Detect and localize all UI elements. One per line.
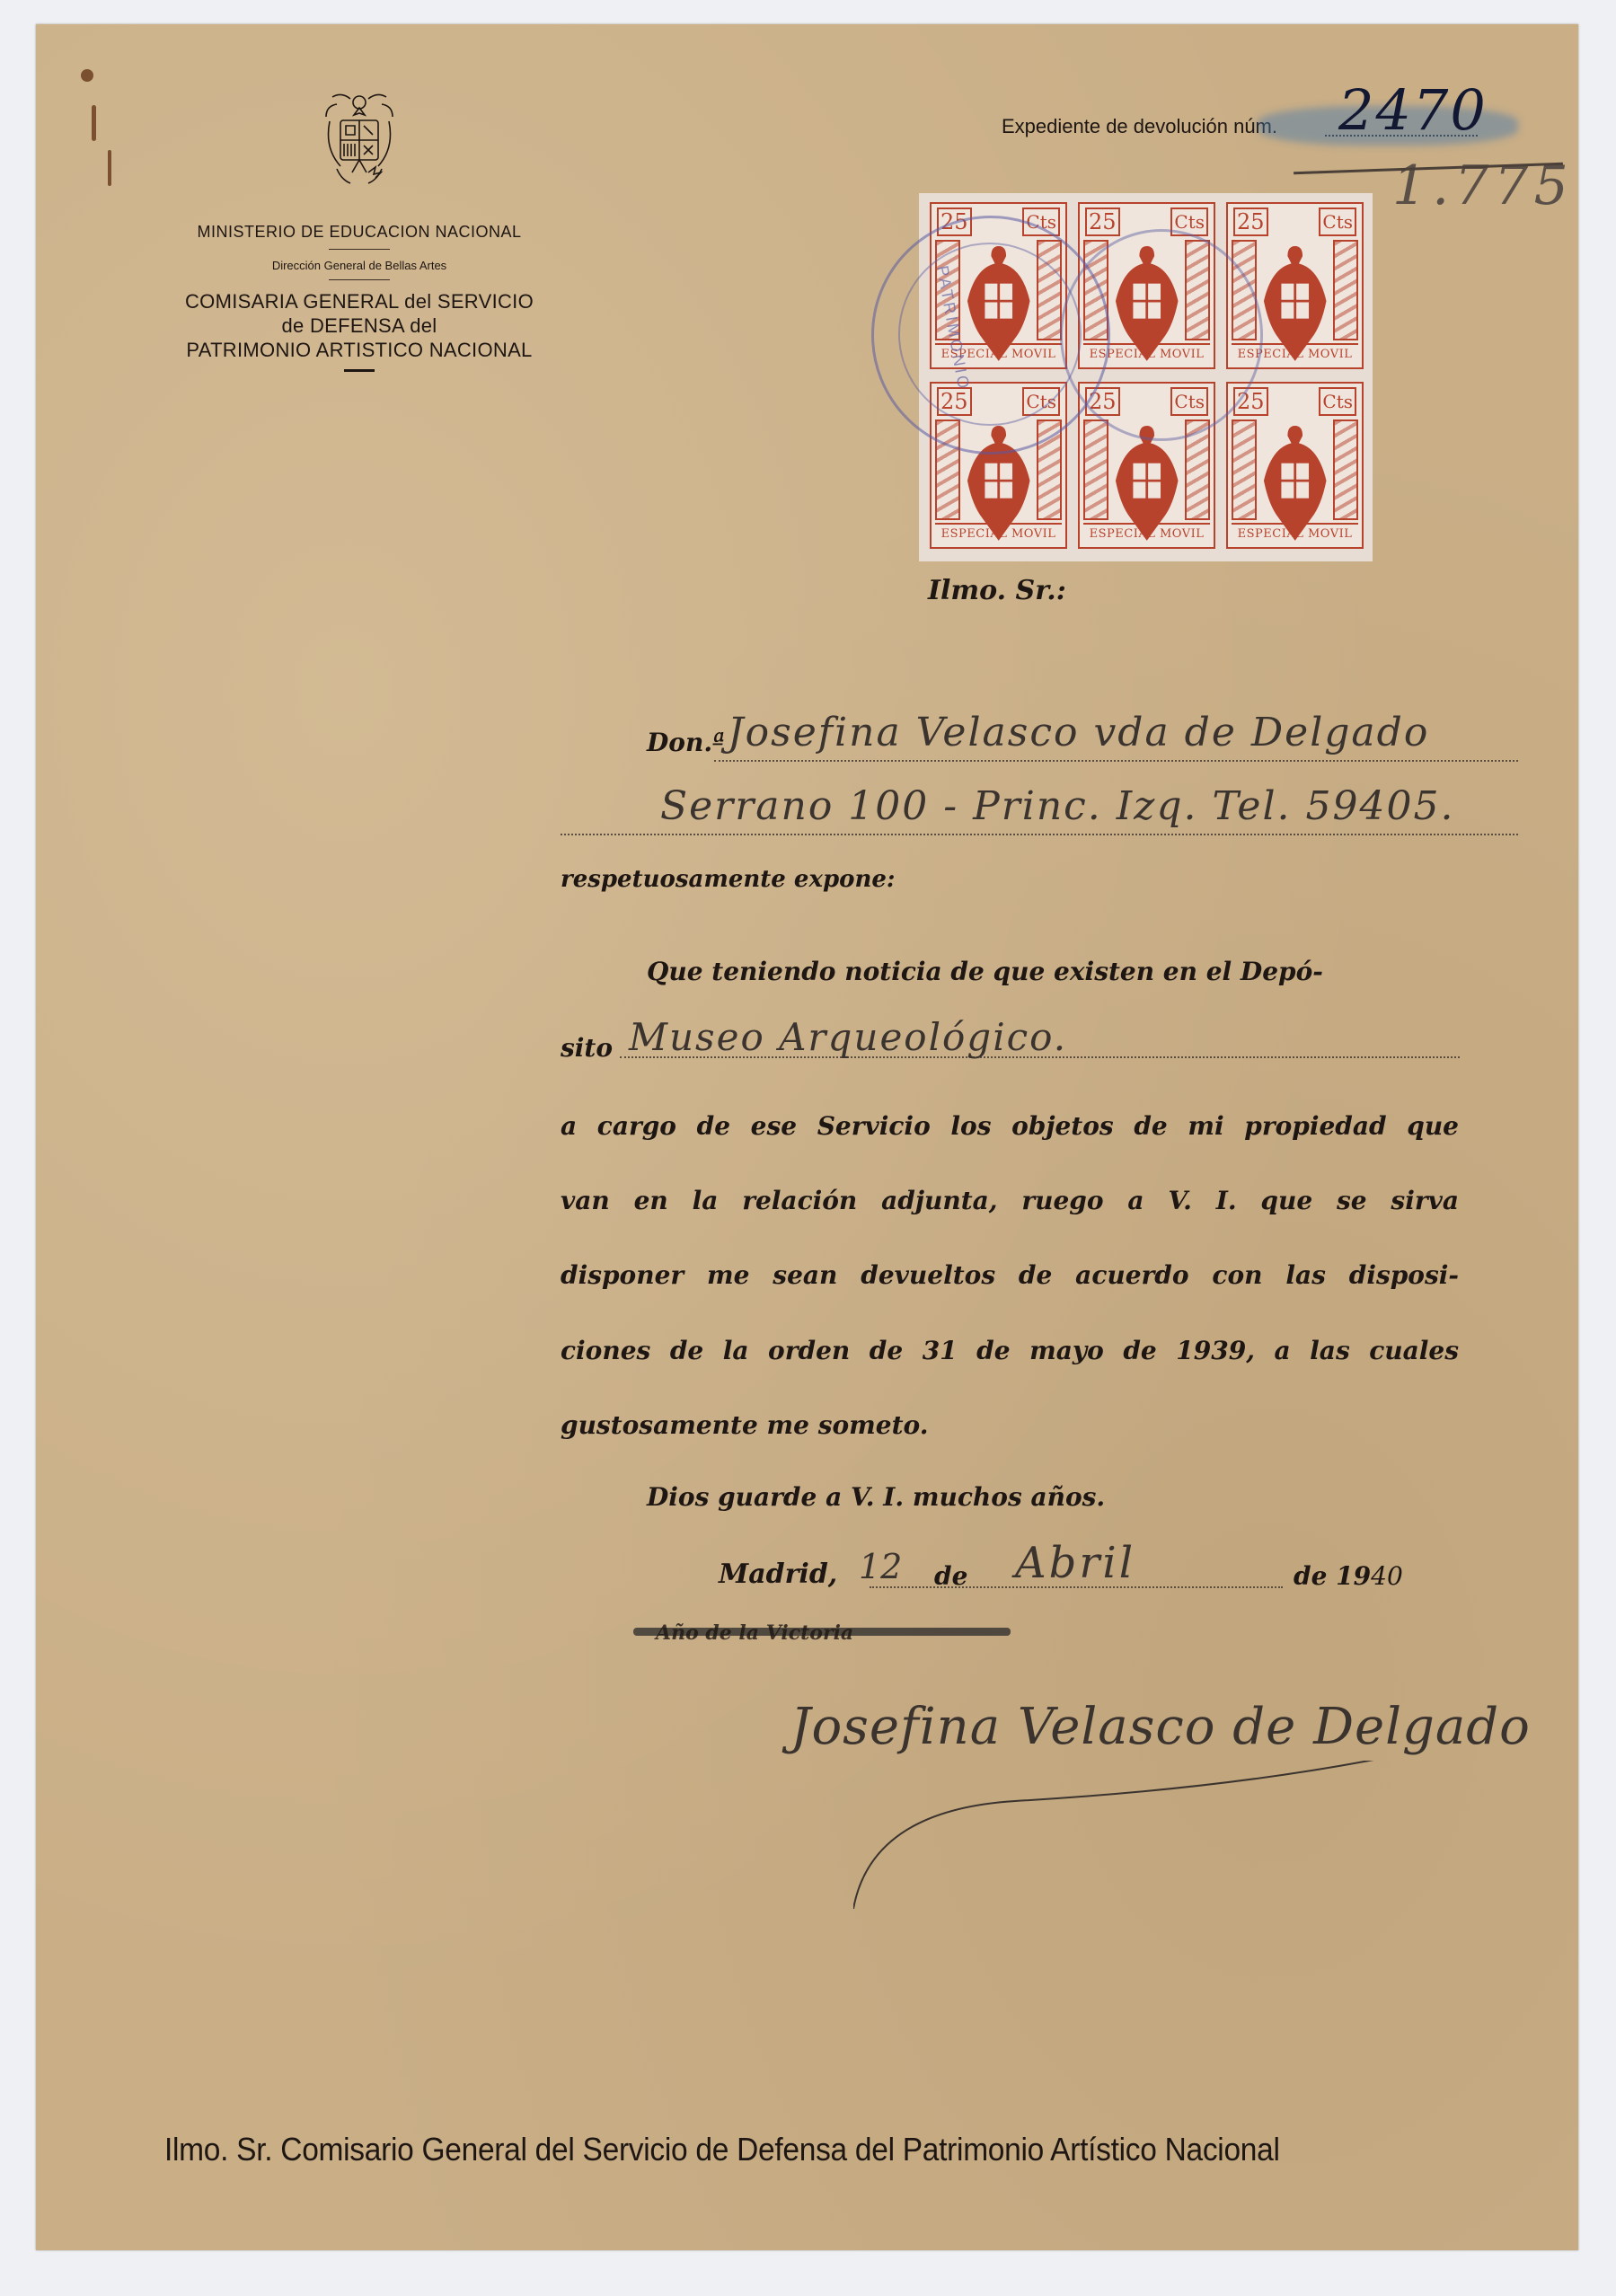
salutation: Ilmo. Sr.:: [928, 575, 1066, 606]
date-de: de: [1294, 1561, 1327, 1591]
addressee-footer: Ilmo. Sr. Comisario General del Servicio…: [164, 2131, 1280, 2168]
punch-hole-mark: [81, 69, 93, 82]
name-field-line: [714, 760, 1518, 762]
date-year: de 1940: [1294, 1561, 1403, 1591]
body-line-3: van en la relación adjunta, ruego a V. I…: [561, 1186, 1459, 1215]
coat-of-arms-icon: [319, 90, 400, 193]
comisaria-line-3: PATRIMONIO ARTISTICO NACIONAL: [126, 338, 593, 362]
stamp-value: 25: [1085, 208, 1120, 236]
date-city: Madrid,: [719, 1559, 837, 1590]
stamp-label: ESPECIAL MOVIL: [1232, 523, 1358, 544]
address-field-line: [561, 834, 1518, 835]
body-line-5: ciones de la orden de 31 de mayo de 1939…: [561, 1336, 1459, 1365]
body-line-1: Que teniendo noticia de que existen en e…: [647, 957, 1460, 986]
signature: Josefina Velasco de Delgado: [790, 1698, 1531, 1756]
ink-seal-inner: [898, 243, 1082, 426]
stamp-label: ESPECIAL MOVIL: [935, 523, 1062, 544]
body-line-4: disponer me sean devueltos de acuerdo co…: [561, 1260, 1459, 1290]
ministry-name: MINISTERIO DE EDUCACION NACIONAL: [126, 223, 593, 242]
rust-mark: [92, 105, 96, 141]
body-line-6: gustosamente me someto.: [561, 1410, 1459, 1440]
ink-seal-secondary: [1060, 229, 1263, 441]
comisaria-line-1: COMISARIA GENERAL del SERVICIO: [126, 289, 593, 313]
don-label: Don.ª: [647, 728, 725, 757]
expone-text: respetuosamente expone:: [561, 866, 896, 893]
year-corrected-digits: 40: [1371, 1561, 1403, 1591]
divider: [329, 279, 390, 280]
stamp-unit: Cts: [1319, 208, 1356, 236]
rust-mark: [108, 150, 111, 186]
applicant-name: Josefina Velasco vda de Delgado: [728, 710, 1429, 755]
divider: [329, 249, 390, 250]
signature-flourish: [853, 1761, 1464, 1913]
deposito-name: Museo Arqueológico.: [629, 1015, 1067, 1059]
letterhead: MINISTERIO DE EDUCACION NACIONAL Direcci…: [126, 90, 593, 372]
divider: [344, 369, 375, 372]
date-de: de: [934, 1561, 967, 1591]
date-month: Abril: [1015, 1538, 1135, 1588]
expediente-label: Expediente de devolución núm.: [1002, 115, 1277, 138]
stamp-label: ESPECIAL MOVIL: [1083, 523, 1210, 544]
applicant-address: Serrano 100 - Princ. Izq. Tel. 59405.: [660, 783, 1454, 829]
expediente-number: 2470: [1338, 77, 1488, 143]
direccion-general: Dirección General de Bellas Artes: [126, 259, 593, 272]
comisaria-line-2: de DEFENSA del: [126, 313, 593, 338]
body-line-2: a cargo de ese Servicio los objetos de m…: [561, 1111, 1459, 1141]
sito-label: sito: [561, 1033, 613, 1063]
struck-text: Año de la Victoria: [656, 1621, 853, 1645]
stamp-value: 25: [1233, 208, 1268, 236]
year-prefix: 19: [1336, 1561, 1371, 1591]
date-day: 12: [859, 1547, 902, 1586]
stamp-unit: Cts: [1319, 387, 1356, 416]
revenue-stamp: 25 Cts ESPECIAL MOVIL: [1226, 382, 1364, 549]
closing-formula: Dios guarde a V. I. muchos años.: [647, 1482, 1105, 1512]
